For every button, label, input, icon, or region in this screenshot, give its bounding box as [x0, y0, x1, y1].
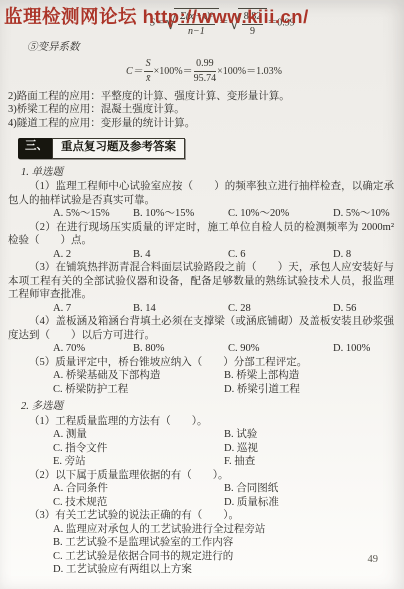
question-stem: （2）以下属于质量监理依据的有（ ）。 [8, 469, 394, 483]
scanned-book-page: 监理检测网论坛 http://www.kiii.cn/ S＝√Σ(xᵢ−x̄)²… [0, 0, 404, 589]
page-content: S＝√Σ(xᵢ−x̄)²n−1＝√8.829＝0.99 ⑤变异系数 C＝Sx̄×… [0, 0, 404, 577]
option-item: B. 10%～15% [133, 207, 228, 221]
option-item: D. 桥梁引道工程 [224, 383, 394, 397]
note-line: 4)隧道工程的应用：变形量的统计计算。 [8, 117, 394, 131]
option-item: C. 28 [228, 302, 333, 316]
option-item: D. 56 [333, 302, 394, 316]
option-row: A. 5%～15% B. 10%～15% C. 10%～20% D. 5%～10… [8, 207, 394, 221]
question-block: （2）以下属于质量监理依据的有（ ）。 A. 合同条件 B. 合同图纸 C. 技… [8, 469, 394, 510]
question-block: （5）质量评定中，桥台锥坡应纳入（ ）分部工程评定。 A. 桥梁基础及下部构造 … [8, 356, 394, 397]
option-item: D. 质量标准 [224, 496, 394, 510]
option-item: E. 旁站 [53, 455, 224, 469]
option-item: B. 工艺试验不是监理试验室的工作内容 [53, 536, 394, 550]
formula-lhs: C＝ [126, 65, 143, 76]
option-item: C. 10%～20% [228, 207, 333, 221]
question-block: （2）在进行现场压实质量的评定时，施工单位自检人员的检测频率为 2000m² 检… [8, 221, 394, 262]
formula-result: ×100%＝1.03% [217, 65, 282, 76]
section-number-badge: 三、 [18, 138, 52, 159]
option-item: D. 100% [333, 342, 394, 356]
option-row: A. 70% B. 80% C. 90% D. 100% [8, 342, 394, 356]
page-number: 49 [368, 554, 379, 565]
option-grid: A. 合同条件 B. 合同图纸 C. 技术规范 D. 质量标准 [8, 482, 394, 509]
option-item: B. 4 [133, 248, 228, 262]
question-block: （4）盖板涵及箱涵台背填土必须在支撑梁（或涵底铺砌）及盖板安装且砂浆强度达到（ … [8, 315, 394, 356]
question-block: （3）在铺筑热拌沥青混合料面层试验路段之前（ ）天，承包人应安装好与本项工程有关… [8, 261, 394, 315]
option-list: A. 监理应对承包人的工艺试验进行全过程旁站 B. 工艺试验不是监理试验室的工作… [8, 523, 394, 577]
option-item: C. 工艺试验是依据合同书的规定进行的 [53, 550, 394, 564]
option-item: D. 8 [333, 248, 394, 262]
option-item: B. 80% [133, 342, 228, 356]
question-stem: （3）在铺筑热拌沥青混合料面层试验路段之前（ ）天，承包人应安装好与本项工程有关… [8, 261, 394, 302]
option-item: A. 测量 [53, 428, 224, 442]
option-item: C. 指令文件 [53, 442, 224, 456]
option-item: C. 桥梁防护工程 [53, 383, 224, 397]
forum-watermark-text: 监理检测网论坛 http://www.kiii.cn/ [4, 3, 309, 29]
question-block: （1）监理工程师中心试验室应按（ ）的频率独立进行抽样检查，以确定承包人的抽样试… [8, 180, 394, 221]
option-item: C. 6 [228, 248, 333, 262]
option-item: A. 监理应对承包人的工艺试验进行全过程旁站 [53, 523, 394, 537]
question-stem: （1）监理工程师中心试验室应按（ ）的频率独立进行抽样检查，以确定承包人的抽样试… [8, 180, 394, 207]
multi-choice-heading: 2. 多选题 [21, 400, 394, 414]
option-item: F. 抽查 [224, 455, 394, 469]
option-item: C. 技术规范 [53, 496, 224, 510]
question-stem: （2）在进行现场压实质量的评定时，施工单位自检人员的检测频率为 2000m² 检… [8, 221, 394, 248]
option-grid: A. 桥梁基础及下部构造 B. 桥梁上部构造 C. 桥梁防护工程 D. 桥梁引道… [8, 369, 394, 396]
formula-numerator: 0.99 [194, 58, 217, 72]
option-item: A. 桥梁基础及下部构造 [53, 369, 224, 383]
option-item: A. 合同条件 [53, 482, 224, 496]
formula-denominator: x̄ [144, 72, 153, 85]
question-stem: （1）工程质量监理的方法有（ ）。 [8, 415, 394, 429]
option-item: B. 试验 [224, 428, 394, 442]
single-choice-heading: 1. 单选题 [21, 166, 394, 180]
formula-mid: ×100%＝ [154, 65, 193, 76]
option-item: B. 合同图纸 [224, 482, 394, 496]
note-line: 3)桥梁工程的应用：混凝土强度计算。 [8, 103, 394, 117]
question-stem: （5）质量评定中，桥台锥坡应纳入（ ）分部工程评定。 [8, 356, 394, 370]
option-item: D. 巡视 [224, 442, 394, 456]
option-item: B. 14 [133, 302, 228, 316]
section-title: 重点复习题及参考答案 [52, 138, 185, 159]
option-grid: A. 测量 B. 试验 C. 指令文件 D. 巡视 E. 旁站 F. 抽查 [8, 428, 394, 469]
option-item: A. 5%～15% [53, 207, 133, 221]
option-item: C. 90% [228, 342, 333, 356]
formula-denominator: 95.74 [194, 72, 217, 85]
variation-formula: C＝Sx̄×100%＝0.9995.74×100%＝1.03% [126, 58, 394, 85]
option-item: A. 70% [53, 342, 133, 356]
variation-coefficient-label: ⑤变异系数 [27, 41, 394, 55]
note-line: 2)路面工程的应用：平整度的计算、强度计算、变形量计算。 [8, 90, 394, 104]
option-item: A. 2 [53, 248, 133, 262]
option-item: D. 5%～10% [333, 207, 394, 221]
question-stem: （3）有关工艺试验的说法正确的有（ ）。 [8, 509, 394, 523]
question-stem: （4）盖板涵及箱涵台背填土必须在支撑梁（或涵底铺砌）及盖板安装且砂浆强度达到（ … [8, 315, 394, 342]
section-header: 三、 重点复习题及参考答案 [18, 138, 185, 159]
question-block: （1）工程质量监理的方法有（ ）。 A. 测量 B. 试验 C. 指令文件 D.… [8, 415, 394, 469]
formula-numerator: S [144, 58, 153, 72]
option-row: A. 2 B. 4 C. 6 D. 8 [8, 248, 394, 262]
option-row: A. 7 B. 14 C. 28 D. 56 [8, 302, 394, 316]
question-block: （3）有关工艺试验的说法正确的有（ ）。 A. 监理应对承包人的工艺试验进行全过… [8, 509, 394, 577]
option-item: D. 工艺试验应有两组以上方案 [53, 563, 394, 577]
option-item: B. 桥梁上部构造 [224, 369, 394, 383]
option-item: A. 7 [53, 302, 133, 316]
